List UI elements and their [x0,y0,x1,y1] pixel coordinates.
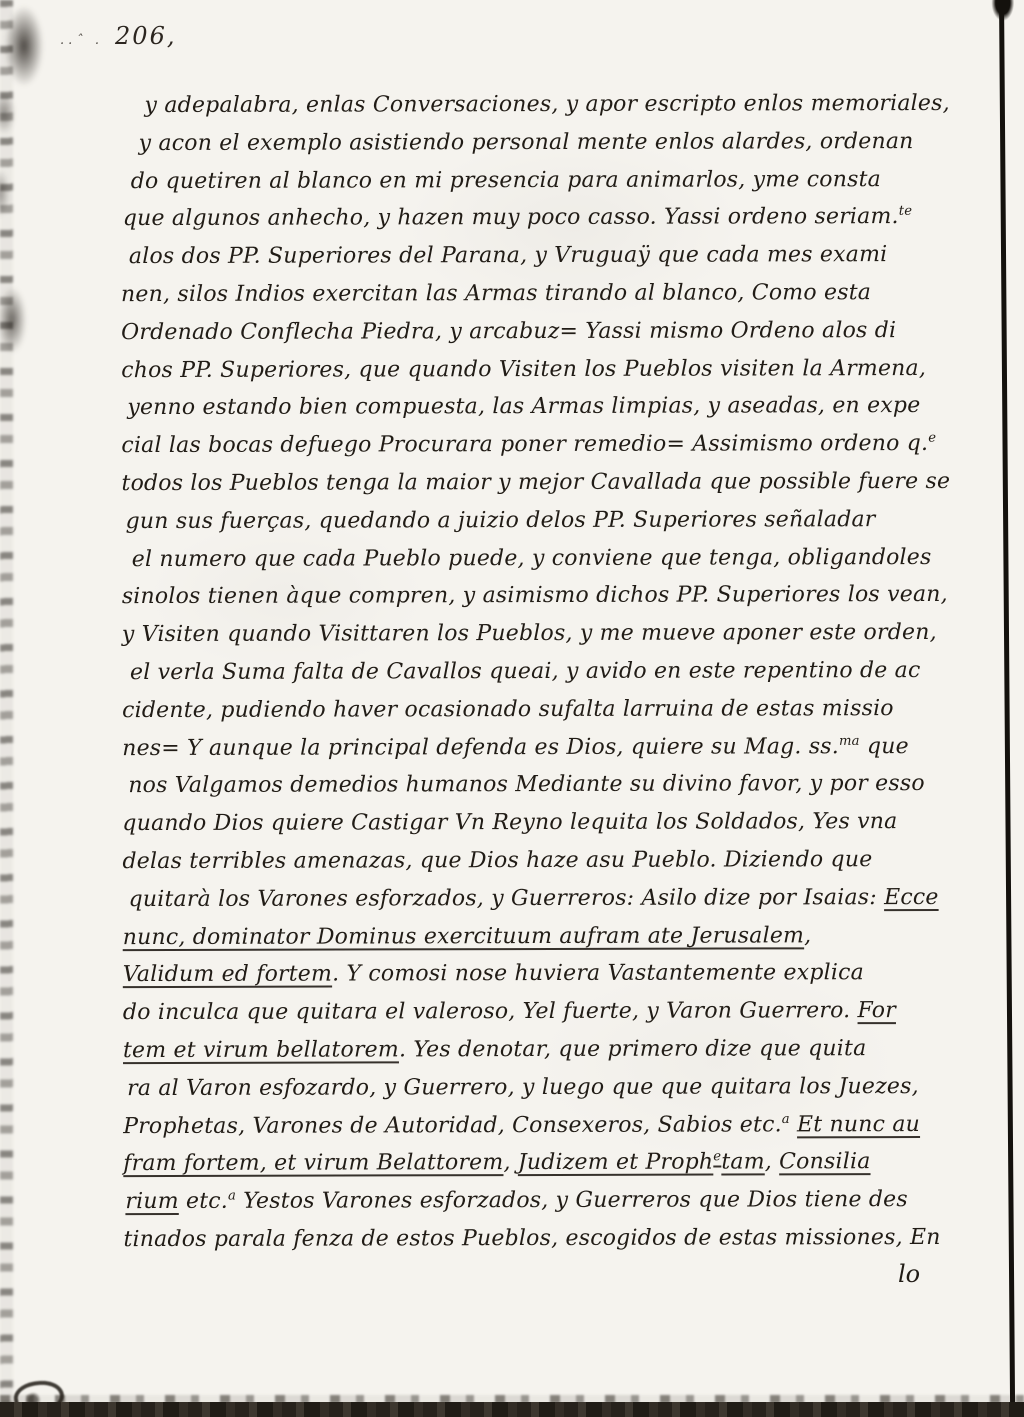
manuscript-scan-page: ..ˆ .206, y adepalabra, enlas Conversaci… [0,0,1024,1417]
manuscript-text: y adepalabra, enlas Conversaciones, y ap… [120,85,963,1259]
text-segment: que [860,734,909,759]
manuscript-line: ra al Varon esfozardo, y Guerrero, y lue… [127,1068,963,1108]
manuscript-line: y adepalabra, enlas Conversaciones, y ap… [144,85,960,125]
text-segment: . Y comosi nose huviera Vastantemente ex… [332,960,864,986]
text-segment: todos los Pueblos tenga la maior y mejor… [121,469,950,496]
underlined-text-segment: e [713,1150,721,1165]
underlined-text-segment: Validum ed fortem [123,962,332,988]
underlined-text-segment: fram fortem, et virum Belattorem [123,1150,503,1176]
manuscript-line: gun sus fuerças, quedando a juizio delos… [126,501,962,541]
text-segment: , [503,1150,517,1175]
text-segment: sinolos tienen àque compren, y asimismo … [122,582,948,609]
manuscript-line: nes= Y aunque la principal defenda es Di… [122,727,962,767]
text-segment: , [765,1150,779,1175]
manuscript-line: cidente, pudiendo haver ocasionado sufal… [122,690,962,730]
text-segment: quando Dios quiere Castigar Vn Reyno leq… [122,809,897,836]
underlined-text-segment: Ecce [884,885,939,910]
text-segment [790,1112,797,1137]
underlined-text-segment: Judizem et Proph [518,1150,714,1176]
manuscript-line: el numero que cada Pueblo puede, y convi… [132,538,962,578]
text-segment: , [804,923,811,948]
manuscript-line: nen, silos Indios exercitan las Armas ti… [121,274,961,314]
manuscript-line: y Visiten quando Visittaren los Pueblos,… [122,614,962,654]
text-segment: que algunos anhecho, y hazen muy poco ca… [123,204,899,231]
text-segment: te [899,204,913,219]
text-segment: Ordenado Conflecha Piedra, y arcabuz= Ya… [121,318,896,345]
text-segment: cial las bocas defuego Procurara poner r… [121,431,928,458]
text-segment: etc. [179,1189,228,1214]
scan-edge-left [0,0,13,1417]
text-segment: el numero que cada Pueblo puede, y convi… [132,545,932,572]
manuscript-line: delas terribles amenazas, que Dios haze … [122,841,962,881]
manuscript-line: Prophetas, Varones de Autoridad, Consexe… [123,1105,963,1145]
text-segment: y Visiten quando Visittaren los Pueblos,… [122,620,937,647]
manuscript-line: nunc, dominator Dominus exercituum aufra… [123,916,963,956]
text-segment: nen, silos Indios exercitan las Armas ti… [121,280,871,307]
folio-number: 206, [115,22,176,50]
scan-edge-bottom [0,1402,1024,1417]
text-segment: a [228,1189,236,1204]
manuscript-line: do inculca que quitara el valeroso, Yel … [123,992,963,1032]
text-segment: do quetiren al blanco en mi presencia pa… [131,167,881,194]
text-segment: nes= Y aunque la principal defenda es Di… [122,734,839,761]
text-segment: do inculca que quitara el valeroso, Yel … [123,998,858,1025]
text-segment: . Yes denotar, que primero dize que quit… [399,1036,867,1062]
underlined-text-segment: nunc, dominator Dominus exercituum aufra… [123,923,804,950]
text-segment: delas terribles amenazas, que Dios haze … [122,847,872,874]
manuscript-line: el verla Suma falta de Cavallos queai, y… [130,652,962,692]
manuscript-line: fram fortem, et virum Belattorem, Judize… [123,1143,963,1183]
text-segment: a [782,1112,790,1127]
text-segment: el verla Suma falta de Cavallos queai, y… [130,658,921,685]
manuscript-line: y acon el exemplo asistiendo personal me… [139,123,961,163]
underlined-text-segment: tem et virum bellatorem [123,1037,399,1063]
manuscript-line: rium etc.a Yestos Varones esforzados, y … [125,1181,963,1221]
text-segment: tinados parala fenza de estos Pueblos, e… [123,1225,940,1252]
manuscript-line: Ordenado Conflecha Piedra, y arcabuz= Ya… [121,312,961,352]
manuscript-line: todos los Pueblos tenga la maior y mejor… [121,463,961,503]
text-segment: Yestos Varones esforzados, y Guerreros q… [236,1187,908,1214]
underlined-text-segment: tam [721,1150,764,1175]
scan-edge-right-top-blob [986,0,1014,34]
underlined-text-segment: Consilia [779,1149,870,1174]
text-segment: alos dos PP. Superiores del Parana, y Vr… [129,242,888,269]
folio-header: ..ˆ .206, [60,22,176,50]
manuscript-line: yenno estando bien compuesta, las Armas … [127,387,961,427]
underlined-text-segment: rium [125,1189,178,1214]
manuscript-line: tinados parala fenza de estos Pueblos, e… [123,1219,963,1259]
text-segment: e [928,431,936,446]
manuscript-line: cial las bocas defuego Procurara poner r… [121,425,961,465]
text-segment: y acon el exemplo asistiendo personal me… [139,129,914,156]
text-segment: yenno estando bien compuesta, las Armas … [127,393,920,420]
manuscript-line: que algunos anhecho, y hazen muy poco ca… [123,198,961,238]
manuscript-line: sinolos tienen àque compren, y asimismo … [122,576,962,616]
scan-edge-right [999,0,1015,1410]
text-segment: chos PP. Superiores, que quando Visiten … [121,356,926,383]
text-segment: nos Valgamos demedios humanos Mediante s… [128,771,925,798]
text-segment: quitarà los Varones esforzados, y Guerre… [129,885,885,912]
catchword: lo [898,1260,920,1288]
text-segment: Prophetas, Varones de Autoridad, Consexe… [123,1112,782,1139]
manuscript-line: alos dos PP. Superiores del Parana, y Vr… [129,236,961,276]
text-segment: gun sus fuerças, quedando a juizio delos… [126,507,876,534]
manuscript-line: nos Valgamos demedios humanos Mediante s… [128,765,962,805]
text-segment: ra al Varon esfozardo, y Guerrero, y lue… [127,1074,919,1101]
underlined-text-segment: For [857,998,896,1023]
manuscript-line: tem et virum bellatorem. Yes denotar, qu… [123,1030,963,1070]
text-segment: y adepalabra, enlas Conversaciones, y ap… [144,91,949,118]
manuscript-line: quando Dios quiere Castigar Vn Reyno leq… [122,803,962,843]
manuscript-line: quitarà los Varones esforzados, y Guerre… [129,879,963,919]
stray-ink-marks: ..ˆ . [60,33,103,48]
text-segment: cidente, pudiendo haver ocasionado sufal… [122,696,894,723]
underlined-text-segment: Et nunc au [797,1112,920,1137]
manuscript-line: chos PP. Superiores, que quando Visiten … [121,349,961,389]
manuscript-line: Validum ed fortem. Y comosi nose huviera… [123,954,963,994]
manuscript-line: do quetiren al blanco en mi presencia pa… [131,160,961,200]
text-segment: ma [839,733,860,748]
